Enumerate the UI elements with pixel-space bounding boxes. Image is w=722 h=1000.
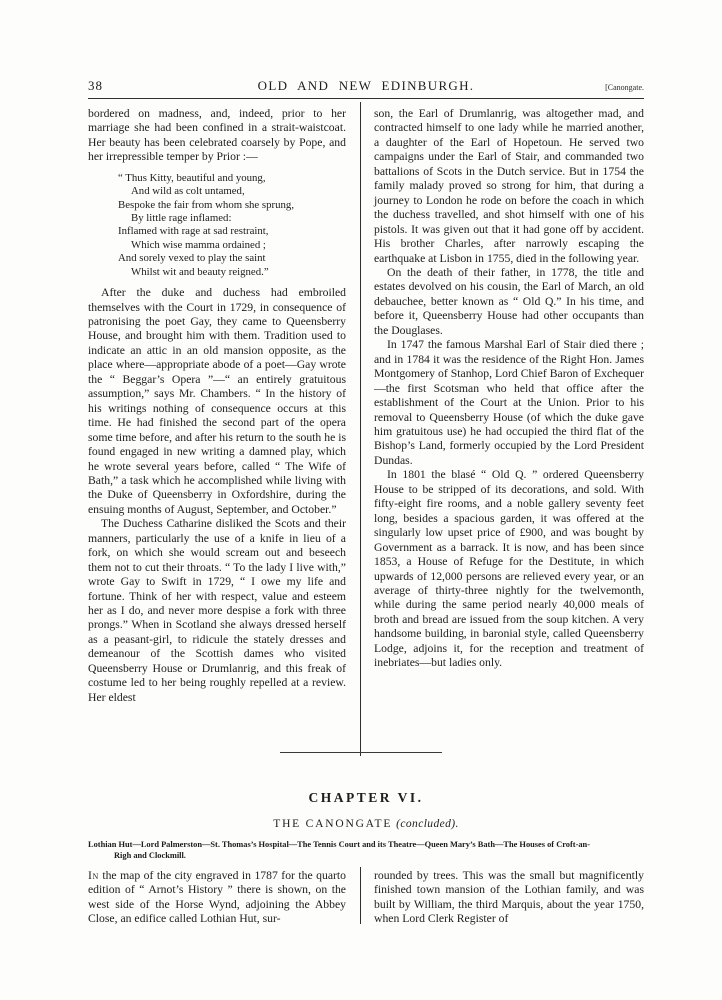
book-page-scan: 38 OLD AND NEW EDINBURGH. [Canongate. bo… xyxy=(0,0,722,1000)
paragraph: son, the Earl of Drumlanrig, was altoget… xyxy=(374,107,644,266)
poem-line: “ Thus Kitty, beautiful and young, xyxy=(118,172,346,185)
lead-word: In xyxy=(88,869,99,882)
chapter-subheading-text: THE CANONGATE xyxy=(273,818,392,830)
poem-line: And sorely vexed to play the saint xyxy=(118,252,346,265)
chapter-subheading-concluded: (concluded). xyxy=(396,818,459,830)
chapter-section: CHAPTER VI. THE CANONGATE(concluded). Lo… xyxy=(88,790,644,926)
chapter-left-column: In the map of the city engraved in 1787 … xyxy=(88,869,346,927)
page-content: 38 OLD AND NEW EDINBURGH. [Canongate. bo… xyxy=(88,78,644,705)
chapter-right-column: rounded by trees. This was the small but… xyxy=(374,869,644,927)
chapter-subheading: THE CANONGATE(concluded). xyxy=(88,818,644,830)
chapter-summary-line1: Lothian Hut—Lord Palmerston—St. Thomas’s… xyxy=(88,840,590,849)
paragraph: In 1801 the blasé “ Old Q. ” ordered Que… xyxy=(374,468,644,670)
running-header: 38 OLD AND NEW EDINBURGH. [Canongate. xyxy=(88,78,644,94)
chapter-text-columns: In the map of the city engraved in 1787 … xyxy=(88,869,644,927)
poem-block: “ Thus Kitty, beautiful and young, And w… xyxy=(118,172,346,279)
chapter-heading: CHAPTER VI. xyxy=(88,790,644,806)
paragraph: On the death of their father, in 1778, t… xyxy=(374,266,644,338)
poem-line: Inflamed with rage at sad restraint, xyxy=(118,225,346,238)
poem-line: Whilst wit and beauty reigned.” xyxy=(118,266,346,279)
main-text-columns: bordered on madness, and, indeed, prior … xyxy=(88,107,644,705)
section-end-rule xyxy=(280,752,442,753)
left-column: bordered on madness, and, indeed, prior … xyxy=(88,107,346,705)
header-rule xyxy=(88,98,644,99)
paragraph: bordered on madness, and, indeed, prior … xyxy=(88,107,346,165)
running-title: OLD AND NEW EDINBURGH. xyxy=(148,78,584,94)
paragraph: rounded by trees. This was the small but… xyxy=(374,869,644,927)
poem-line: By little rage inflamed: xyxy=(118,212,346,225)
paragraph-text: the map of the city engraved in 1787 for… xyxy=(88,869,346,925)
poem-line: Which wise mamma ordained ; xyxy=(118,239,346,252)
right-column: son, the Earl of Drumlanrig, was altoget… xyxy=(374,107,644,705)
running-note: [Canongate. xyxy=(584,83,644,92)
column-divider-rule-top xyxy=(360,102,361,756)
paragraph: After the duke and duchess had embroiled… xyxy=(88,286,346,517)
page-number: 38 xyxy=(88,78,148,94)
poem-line: Bespoke the fair from whom she sprung, xyxy=(118,199,346,212)
paragraph: In the map of the city engraved in 1787 … xyxy=(88,869,346,927)
chapter-summary: Lothian Hut—Lord Palmerston—St. Thomas’s… xyxy=(88,840,644,862)
paragraph: The Duchess Catharine disliked the Scots… xyxy=(88,517,346,705)
chapter-summary-line2: Righ and Clockmill. xyxy=(114,851,644,862)
column-gap xyxy=(346,869,374,927)
poem-line: And wild as colt untamed, xyxy=(118,185,346,198)
paragraph: In 1747 the famous Marshal Earl of Stair… xyxy=(374,338,644,468)
